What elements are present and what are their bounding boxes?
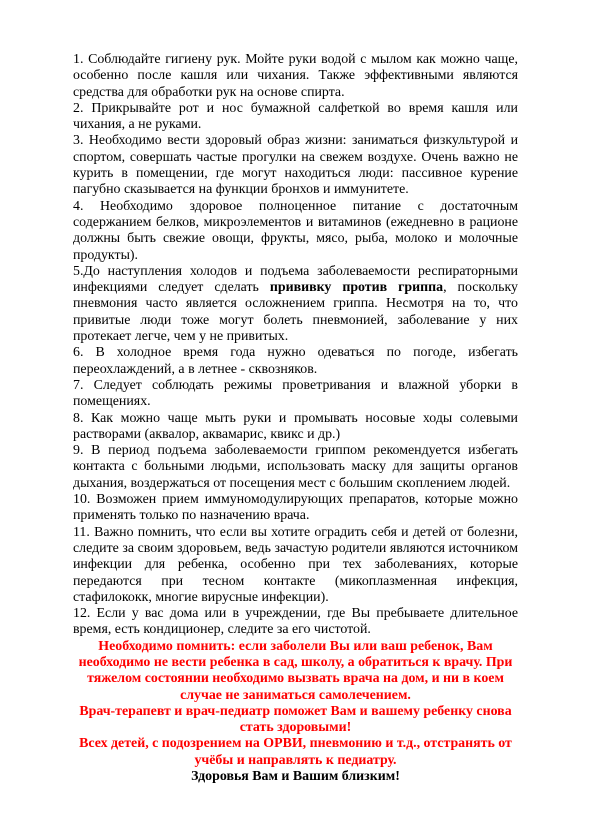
flu-vaccine-bold-phrase: прививку против гриппа: [270, 280, 443, 295]
warning-doctors-help: Врач-терапевт и врач-педиатр поможет Вам…: [73, 704, 518, 737]
memo-item-3: 3. Необходимо вести здоровый образ жизни…: [73, 133, 518, 198]
memo-item-6: 6. В холодное время года нужно одеваться…: [73, 345, 518, 378]
memo-item-10: 10. Возможен прием иммуномодулирующих пр…: [73, 492, 518, 525]
memo-item-8: 8. Как можно чаще мыть руки и промывать …: [73, 411, 518, 444]
memo-item-11: 11. Важно помнить, что если вы хотите ог…: [73, 525, 518, 606]
warning-see-doctor: Необходимо помнить: если заболели Вы или…: [73, 639, 518, 704]
memo-item-2: 2. Прикрывайте рот и нос бумажной салфет…: [73, 101, 518, 134]
memo-item-9: 9. В период подъема заболеваемости грипп…: [73, 443, 518, 492]
memo-item-1: 1. Соблюдайте гигиену рук. Мойте руки во…: [73, 52, 518, 101]
warning-suspend-children: Всех детей, с подозрением на ОРВИ, пневм…: [73, 736, 518, 769]
memo-item-5: 5.До наступления холодов и подъема забол…: [73, 264, 518, 345]
document-page: 1. Соблюдайте гигиену рук. Мойте руки во…: [0, 0, 590, 836]
memo-item-12: 12. Если у вас дома или в учреждении, гд…: [73, 606, 518, 639]
closing-wish: Здоровья Вам и Вашим близким!: [73, 769, 518, 785]
memo-item-7: 7. Следует соблюдать режимы проветривани…: [73, 378, 518, 411]
memo-item-4: 4. Необходимо здоровое полноценное питан…: [73, 199, 518, 264]
